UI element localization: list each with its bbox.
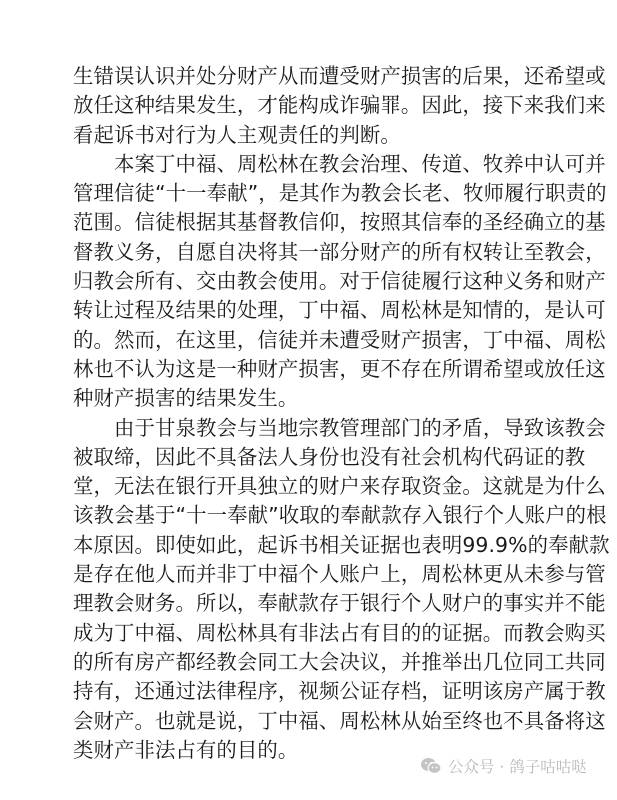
text-line: 堂，无法在银行开具独立的财户来存取资金。这就是为什么 [73,472,548,501]
text-line: 该教会基于“十一奉献”收取的奉献款存入银行个人账户的根 [73,501,548,530]
text-line: 林也不认为这是一种财产损害，更不存在所谓希望或放任这 [73,355,548,384]
text-line: 是存在他人而并非丁中福个人账户上，周松林更从未参与管 [73,560,548,589]
watermark-label: 公众号 · 鸽子咕咕哒 [448,755,587,777]
text-line: 范围。信徒根据其基督教信仰，按照其信奉的圣经确立的基 [73,208,548,237]
text-line: 的。然而，在这里，信徒并未遭受财产损害，丁中福、周松 [73,326,548,355]
text-line: 被取缔，因此不具备法人身份也没有社会机构代码证的教 [73,443,548,472]
text-line: 看起诉书对行为人主观责任的判断。 [73,121,548,150]
wechat-icon [420,757,442,775]
text-line: 由于甘泉教会与当地宗教管理部门的矛盾，导致该教会 [73,414,548,443]
text-line: 生错误认识并处分财产从而遭受财产损害的后果，还希望或 [73,62,548,91]
watermark: 公众号 · 鸽子咕咕哒 [420,754,587,778]
text-line: 转让过程及结果的处理，丁中福、周松林是知情的，是认可 [73,296,548,325]
text-line: 督教义务，自愿自决将其一部分财产的所有权转让至教会， [73,238,548,267]
text-line: 成为丁中福、周松林具有非法占有目的的证据。而教会购买 [73,619,548,648]
text-line: 管理信徒“十一奉献”，是其作为教会长老、牧师履行职责的 [73,179,548,208]
text-line: 本原因。即使如此，起诉书相关证据也表明99.9%的奉献款 [73,531,548,560]
text-line: 归教会所有、交由教会使用。对于信徒履行这种义务和财产 [73,267,548,296]
document-body: 生错误认识并处分财产从而遭受财产损害的后果，还希望或放任这种结果发生，才能构成诈… [73,62,548,765]
text-line: 的所有房产都经教会同工大会决议，并推举出几位同工共同 [73,648,548,677]
text-line: 种财产损害的结果发生。 [73,384,548,413]
text-line: 本案丁中福、周松林在教会治理、传道、牧养中认可并 [73,150,548,179]
text-line: 放任这种结果发生，才能构成诈骗罪。因此，接下来我们来 [73,91,548,120]
text-line: 持有，还通过法律程序，视频公证存档，证明该房产属于教 [73,677,548,706]
text-line: 会财产。也就是说，丁中福、周松林从始至终也不具备将这 [73,707,548,736]
text-line: 理教会财务。所以，奉献款存于银行个人财户的事实并不能 [73,589,548,618]
